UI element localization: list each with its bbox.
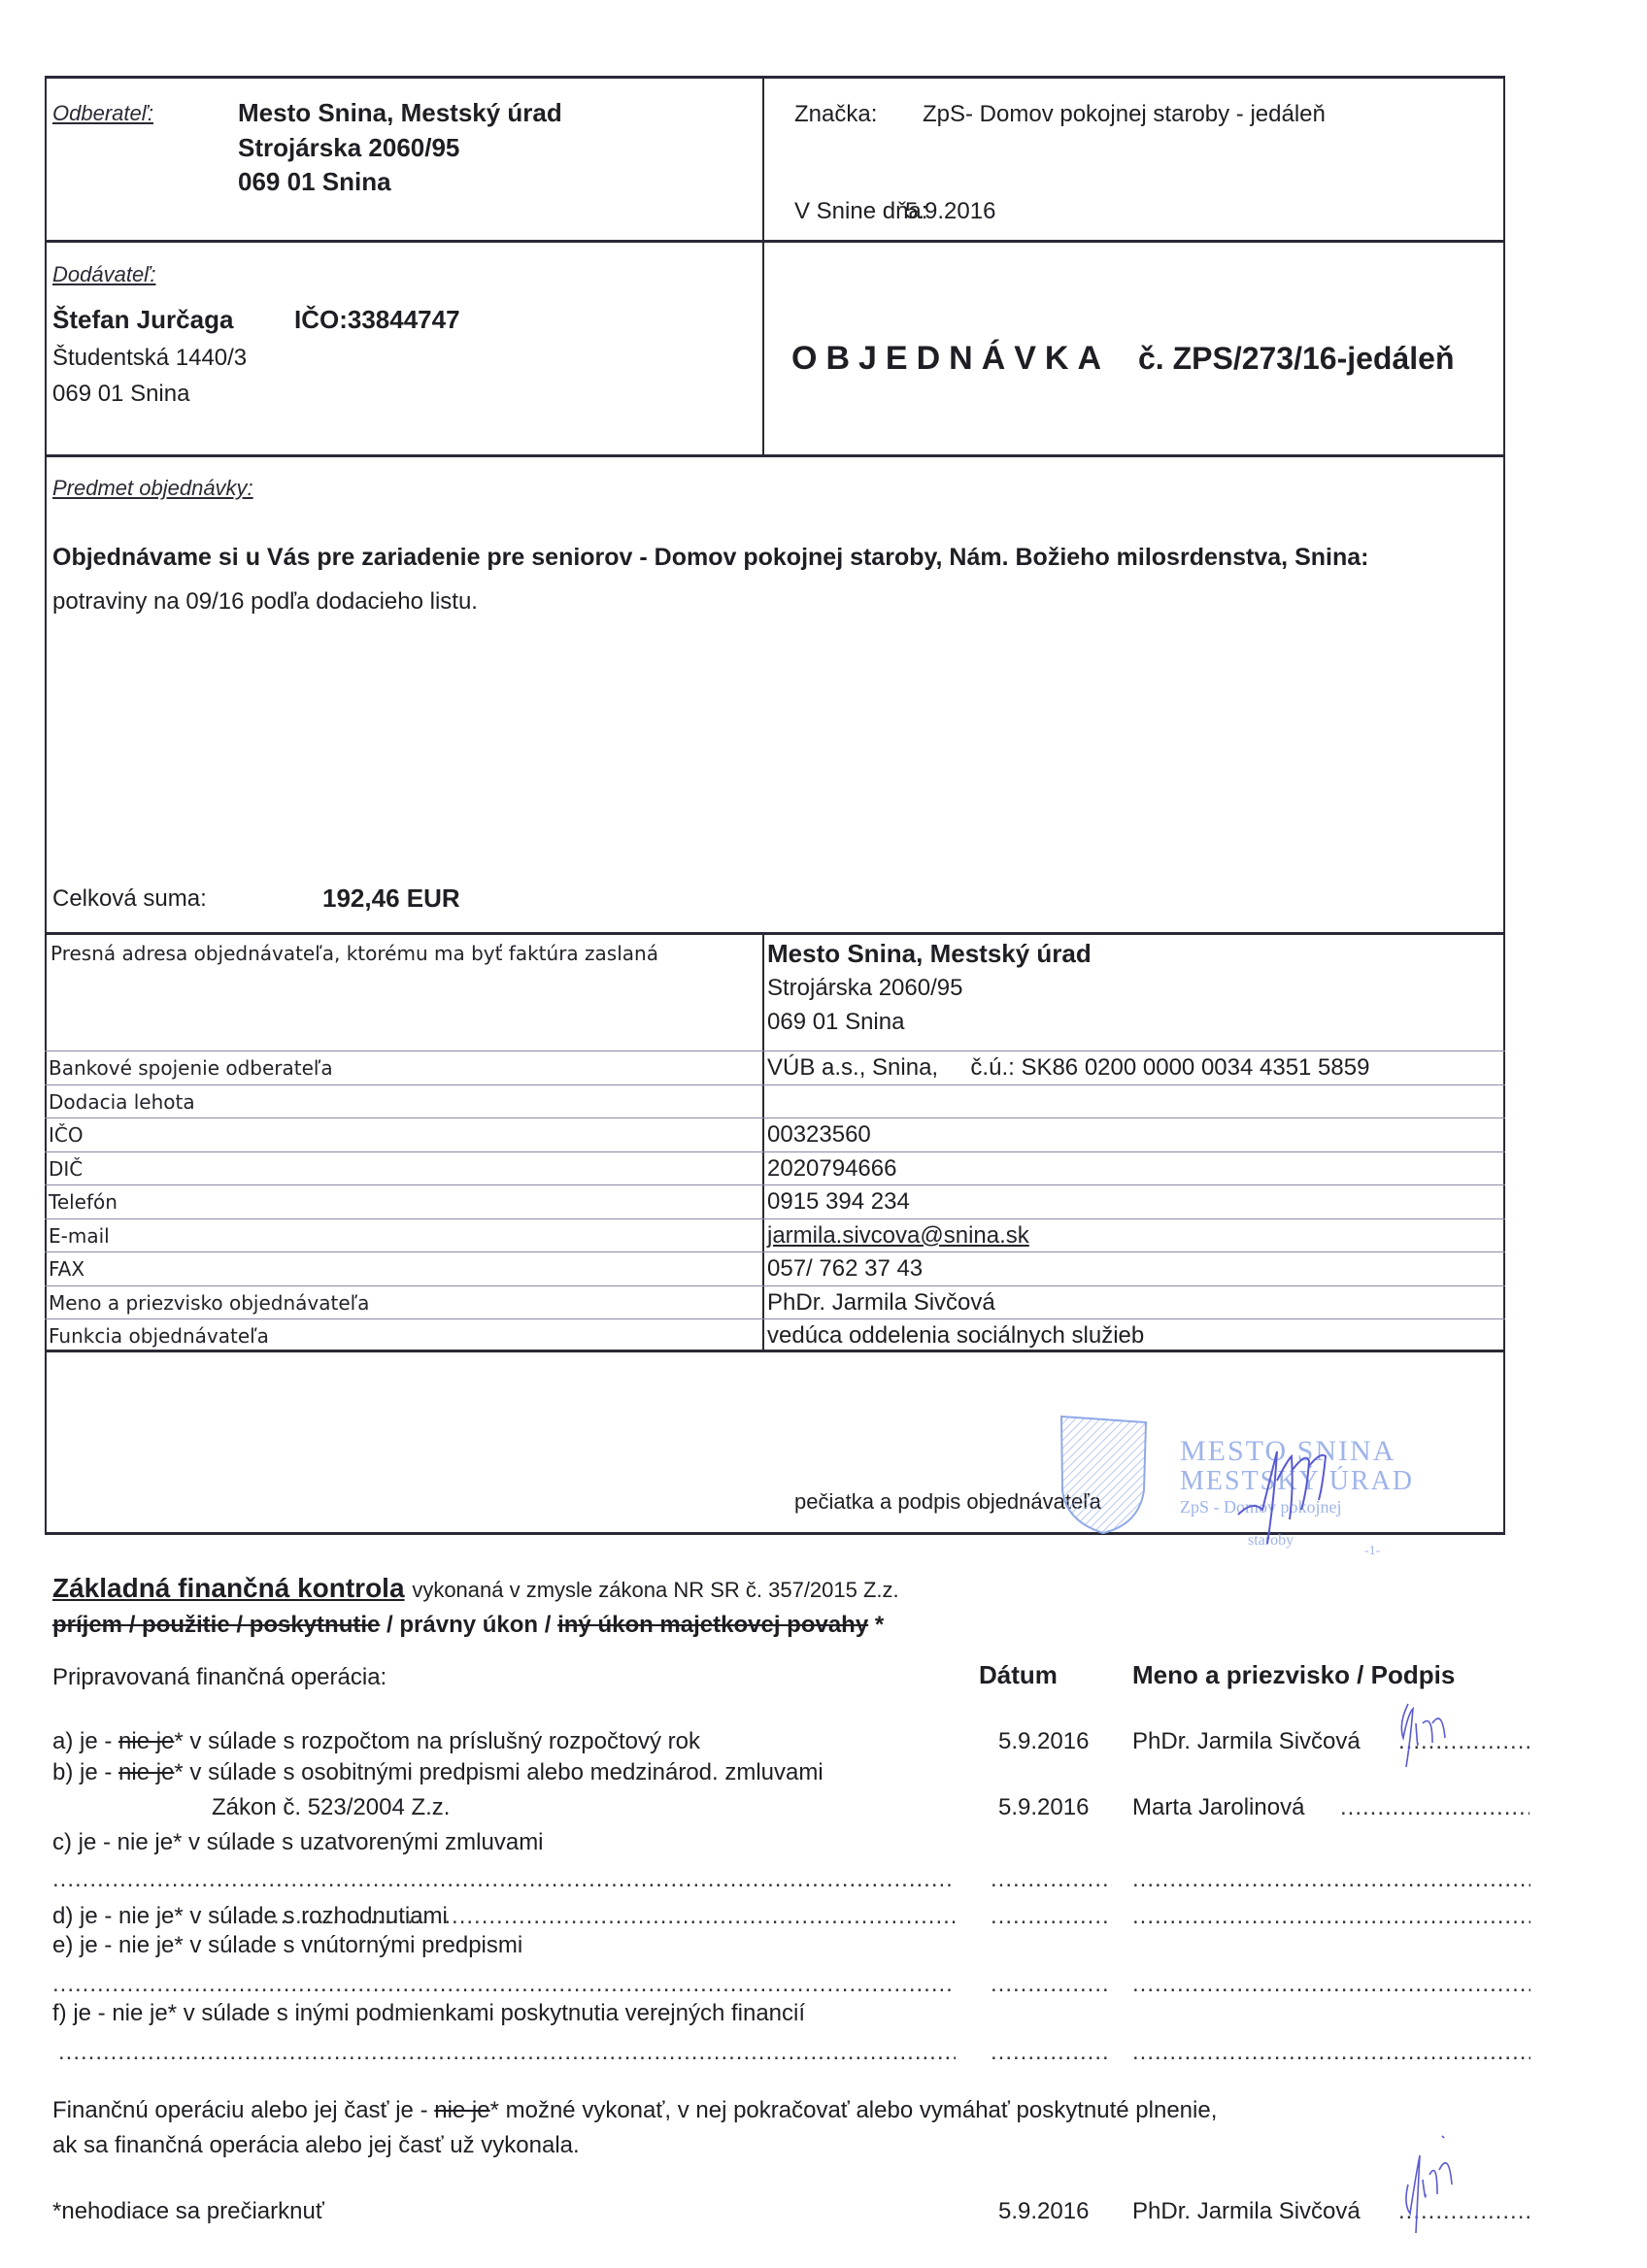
- column-divider-invoice: [762, 932, 764, 1350]
- buyer-city: 069 01 Snina: [238, 167, 391, 197]
- order-form-frame: [45, 76, 1505, 1535]
- control-item-b: b) je - nie je* v súlade s osobitnými pr…: [52, 1759, 823, 1786]
- control-item-c-date-line: ........................................…: [991, 1866, 1112, 1893]
- conclusion-line-1: Finančnú operáciu alebo jej časť je - ni…: [52, 2097, 1217, 2124]
- control-item-a-name: PhDr. Jarmila Sivčová: [1132, 1728, 1361, 1755]
- table-row-value: VÚB a.s., Snina, č.ú.: SK86 0200 0000 00…: [767, 1054, 1369, 1082]
- buyer-name: Mesto Snina, Mestský úrad: [238, 98, 562, 128]
- control-title: Základná finančná kontrola: [52, 1573, 405, 1603]
- subject-main-text: Objednávame si u Vás pre zariadenie pre …: [52, 544, 1368, 572]
- table-row-label: FAX: [49, 1257, 84, 1281]
- control-title-suffix: vykonaná v zmysle zákona NR SR č. 357/20…: [412, 1578, 898, 1602]
- table-row-divider: [45, 1218, 1505, 1219]
- supplier-ico: IČO:33844747: [294, 305, 460, 335]
- email-link[interactable]: jarmila.sivcova@snina.sk: [767, 1222, 1029, 1250]
- control-item-b-date: 5.9.2016: [998, 1794, 1089, 1821]
- footnote: *nehodiace sa prečiarknuť: [52, 2198, 324, 2225]
- control-item-c: c) je - nie je* v súlade s uzatvorenými …: [52, 1829, 544, 1856]
- coat-of-arms-stamp-icon: [1057, 1413, 1154, 1539]
- table-row-label: Telefón: [49, 1190, 118, 1214]
- invoice-address-street: Strojárska 2060/95: [767, 975, 962, 1002]
- control-item-f-date-line: ........................................…: [991, 2039, 1112, 2066]
- invoice-address-name: Mesto Snina, Mestský úrad: [767, 939, 1092, 969]
- column-divider-top: [762, 76, 764, 454]
- control-item-a-date: 5.9.2016: [998, 1728, 1089, 1755]
- table-row-value: 0915 394 234: [767, 1188, 910, 1216]
- buyer-street: Strojárska 2060/95: [238, 133, 459, 163]
- signature-icon: [1233, 1442, 1340, 1549]
- column-name-header: Meno a priezvisko / Podpis: [1132, 1660, 1455, 1690]
- control-item-b-name: Marta Jarolinová: [1132, 1794, 1304, 1821]
- table-row-divider: [45, 1117, 1505, 1118]
- control-item-b-law: Zákon č. 523/2004 Z.z.: [212, 1794, 450, 1821]
- control-item-e-line: ........................................…: [52, 1971, 956, 1998]
- table-row-label: Meno a priezvisko objednávateľa: [49, 1291, 369, 1315]
- invoice-address-label: Presná adresa objednávateľa, ktorému ma …: [50, 942, 658, 965]
- control-type-struck-2: iný úkon majetkovej povahy: [557, 1612, 868, 1638]
- table-row-label: DIČ: [49, 1157, 83, 1181]
- signature-icon: [1398, 2126, 1466, 2243]
- order-number: č. ZPS/273/16-jedáleň: [1138, 341, 1455, 377]
- order-title: OBJEDNÁVKA: [791, 340, 1110, 378]
- table-row-divider: [45, 1084, 1505, 1085]
- supplier-name: Štefan Jurčaga: [52, 305, 233, 335]
- stamp-label: pečiatka a podpis objednávateľa: [794, 1489, 1101, 1515]
- control-item-c-name-line: ........................................…: [1132, 1866, 1530, 1893]
- signature-icon: [1389, 1694, 1466, 1772]
- table-row-label: E-mail: [49, 1224, 110, 1248]
- control-item-f: f) je - nie je* v súlade s inými podmien…: [52, 2000, 805, 2027]
- table-row-divider: [45, 1251, 1505, 1252]
- control-item-f-line: ........................................…: [58, 2039, 956, 2066]
- conclusion-line-2: ak sa finančná operácia alebo jej časť u…: [52, 2132, 580, 2159]
- final-date: 5.9.2016: [998, 2198, 1089, 2225]
- control-item-f-name-line: ........................................…: [1132, 2039, 1530, 2066]
- control-item-d-dots: ........................................…: [251, 1903, 956, 1930]
- column-date-header: Dátum: [979, 1660, 1058, 1690]
- table-row-divider: [45, 1318, 1505, 1319]
- table-row-label: Funkcia objednávateľa: [49, 1324, 269, 1348]
- control-type-kept: / právny úkon /: [380, 1612, 557, 1638]
- date-value: 5.9.2016: [905, 198, 995, 225]
- stamp-page-number: -1-: [1364, 1544, 1380, 1559]
- total-value: 192,46 EUR: [322, 884, 460, 914]
- divider-invoice: [45, 1350, 1505, 1352]
- control-item-b-signature-line: ........................................…: [1340, 1794, 1529, 1821]
- invoice-address-city: 069 01 Snina: [767, 1009, 904, 1036]
- supplier-street: Študentská 1440/3: [52, 345, 247, 372]
- divider-header: [45, 240, 1505, 243]
- table-row-label: Bankové spojenie odberateľa: [49, 1056, 333, 1080]
- control-item-e-date-line: ........................................…: [991, 1971, 1112, 1998]
- final-name: PhDr. Jarmila Sivčová: [1132, 2198, 1361, 2225]
- divider-subject: [45, 932, 1505, 935]
- table-row-divider: [45, 1051, 1505, 1051]
- subject-label: Predmet objednávky:: [52, 476, 253, 501]
- subject-detail-text: potraviny na 09/16 podľa dodacieho listu…: [52, 588, 478, 616]
- control-type-asterisk: *: [868, 1612, 884, 1638]
- table-row-divider: [45, 1184, 1505, 1185]
- operation-label: Pripravovaná finančná operácia:: [52, 1664, 387, 1691]
- control-item-c-line: ........................................…: [52, 1866, 956, 1893]
- supplier-label: Dodávateľ:: [52, 262, 155, 287]
- control-type-struck-1: príjem / použitie / poskytnutie: [52, 1612, 380, 1638]
- control-item-d-date-line: ........................................…: [991, 1903, 1112, 1930]
- control-item-d-name-line: ........................................…: [1132, 1903, 1530, 1930]
- control-item-e: e) je - nie je* v súlade s vnútornými pr…: [52, 1932, 522, 1959]
- mark-label: Značka:: [794, 101, 877, 128]
- total-label: Celková suma:: [52, 885, 207, 913]
- table-row-divider: [45, 1285, 1505, 1286]
- table-row-value: vedúca oddelenia sociálnych služieb: [767, 1322, 1144, 1350]
- table-row-label: Dodacia lehota: [49, 1090, 195, 1114]
- table-row-value: PhDr. Jarmila Sivčová: [767, 1289, 995, 1317]
- table-row-value: 057/ 762 37 43: [767, 1255, 923, 1283]
- table-row-value: 2020794666: [767, 1155, 896, 1183]
- table-row-value: 00323560: [767, 1121, 871, 1149]
- table-row-label: IČO: [49, 1123, 84, 1147]
- divider-supplier: [45, 454, 1505, 457]
- control-heading: Základná finančná kontrola vykonaná v zm…: [52, 1573, 899, 1604]
- control-item-e-name-line: ........................................…: [1132, 1971, 1530, 1998]
- table-row-divider: [45, 1151, 1505, 1152]
- buyer-label: Odberateľ:: [52, 101, 153, 126]
- mark-value: ZpS- Domov pokojnej staroby - jedáleň: [923, 101, 1326, 128]
- control-type-line: príjem / použitie / poskytnutie / právny…: [52, 1612, 884, 1639]
- supplier-city: 069 01 Snina: [52, 381, 189, 408]
- control-item-a: a) je - nie je* v súlade s rozpočtom na …: [52, 1728, 700, 1755]
